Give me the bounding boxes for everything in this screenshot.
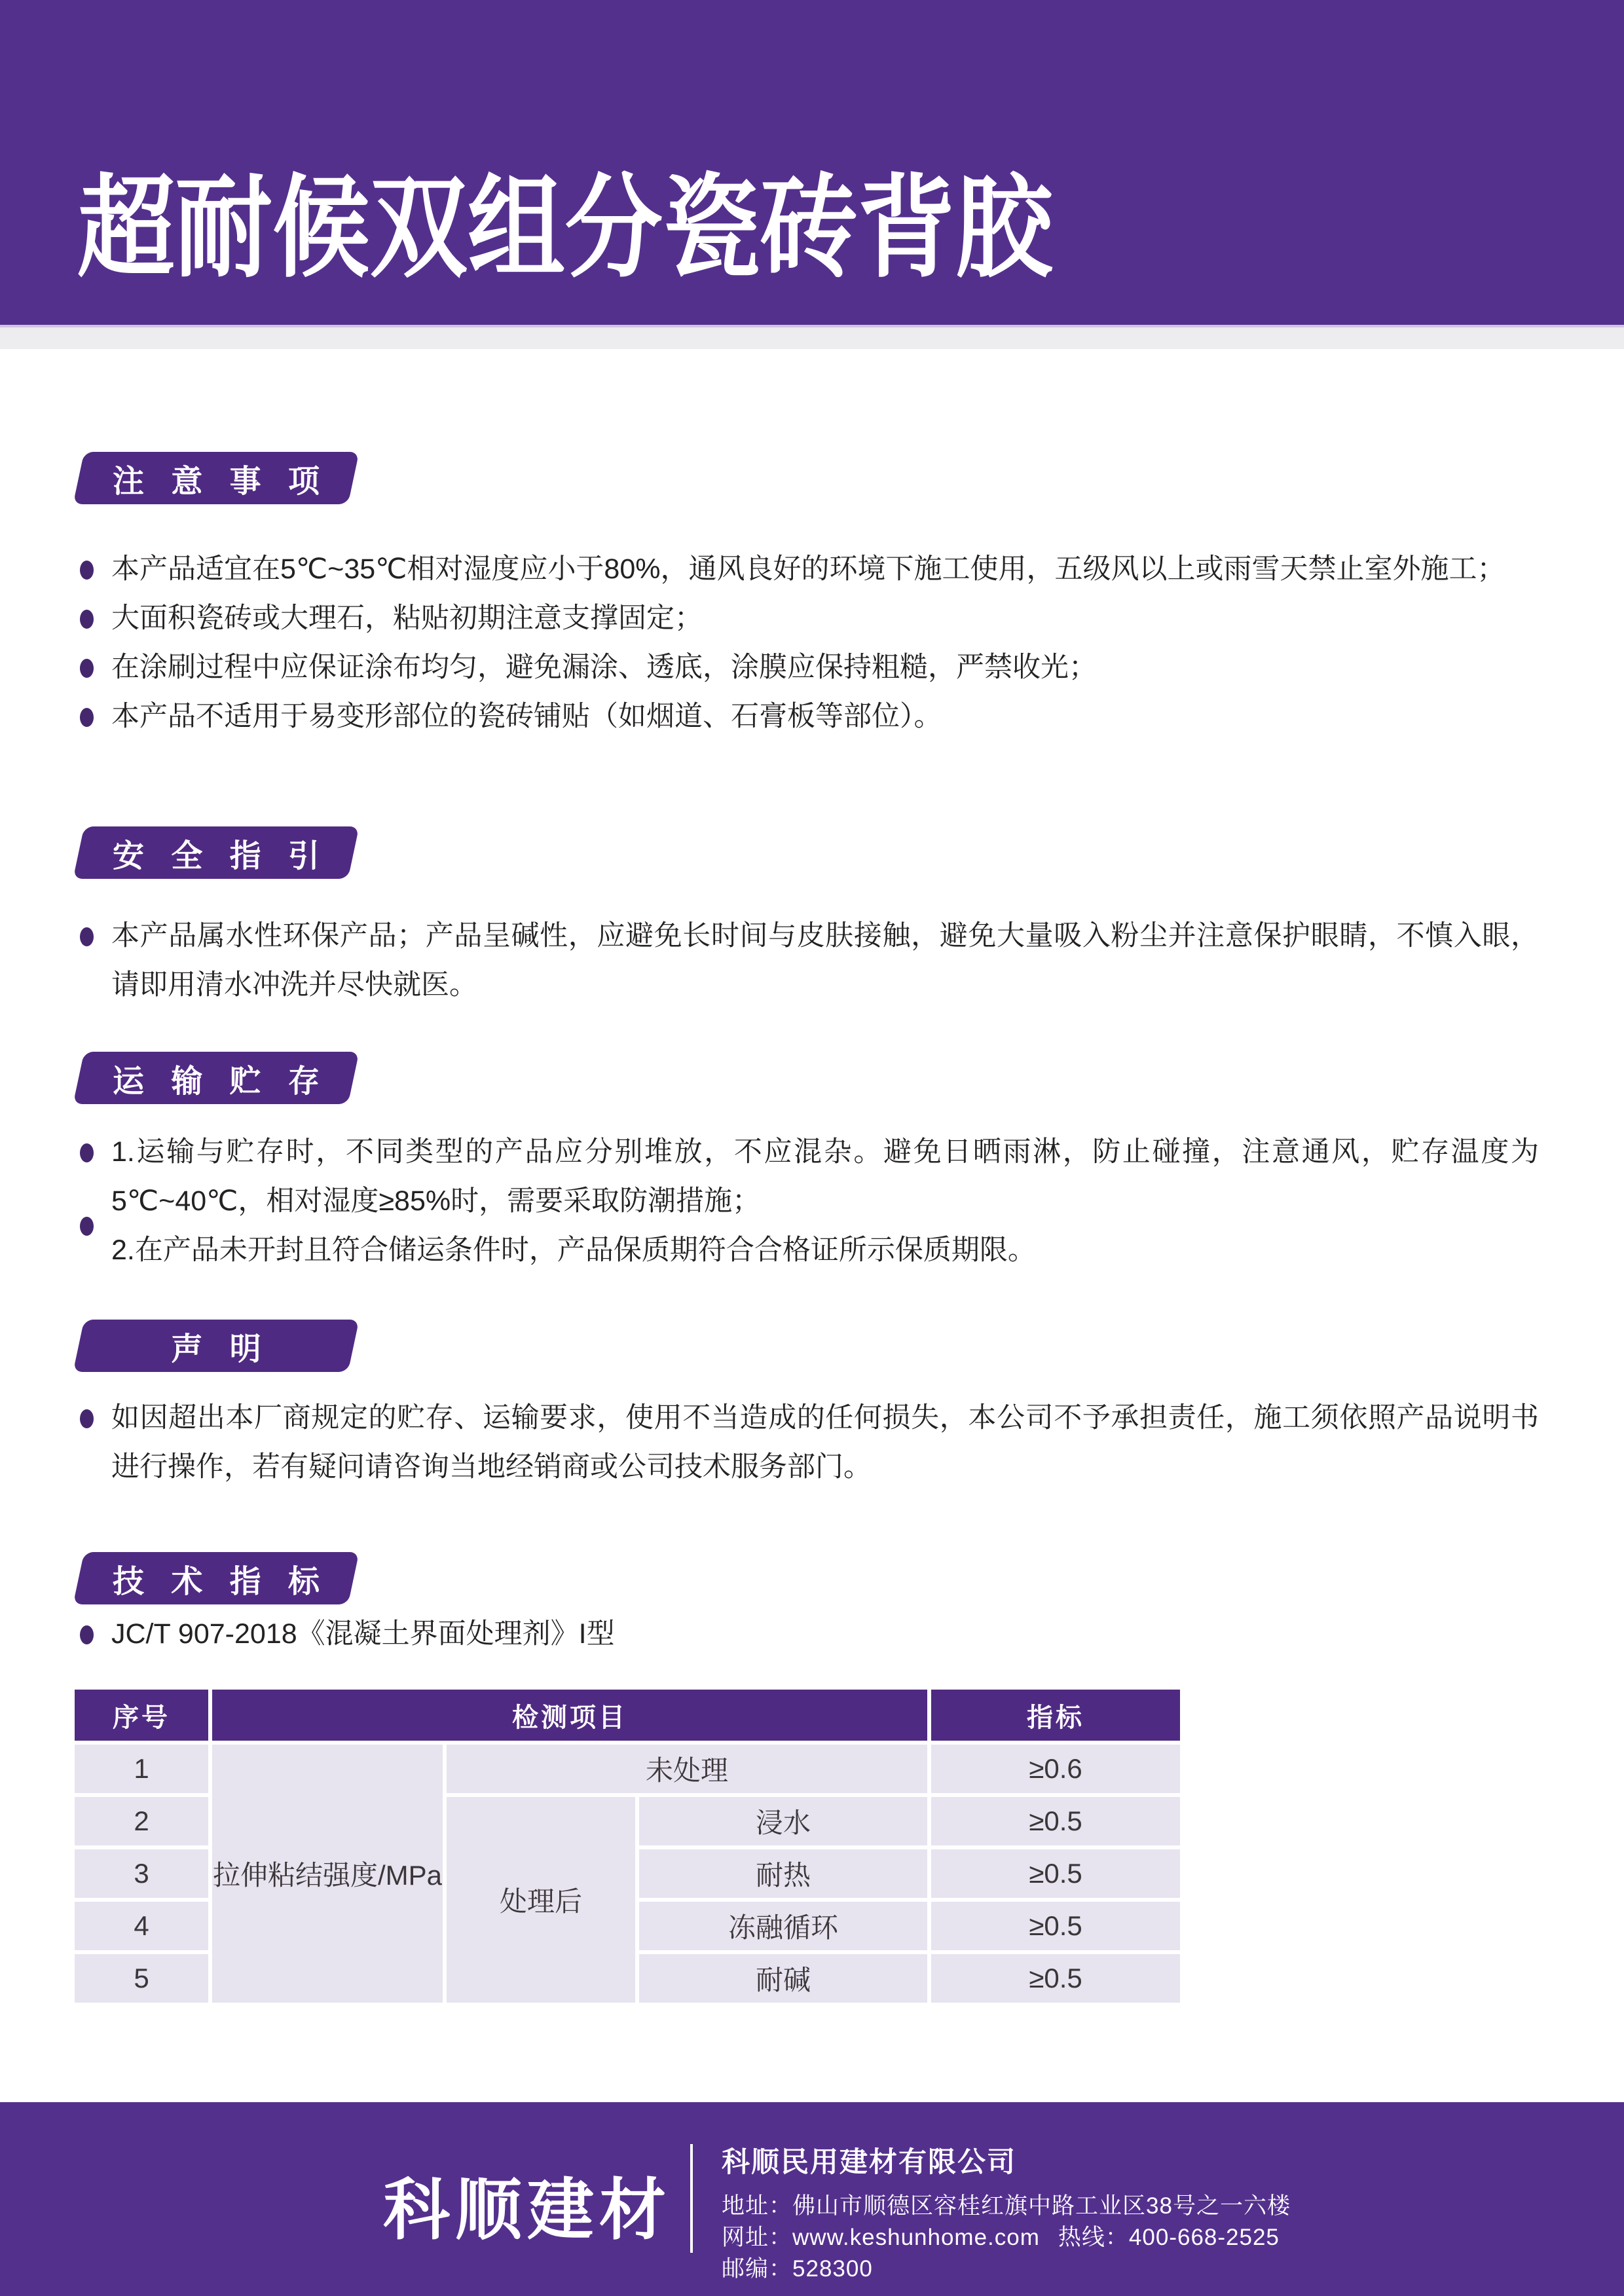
table-cell-item: 冻融循环 [639,1902,927,1950]
website-label: 网址： [722,2225,792,2250]
product-datasheet-page: 超耐候双组分瓷砖背胶 注 意 事 项 本产品适宜在5℃~35℃相对湿度应小于80… [0,0,1624,2296]
list-item: 本产品适宜在5℃~35℃相对湿度应小于80%，通风良好的环境下施工使用，五级风以… [79,545,1539,594]
table-cell-no: 1 [75,1745,208,1793]
address-value: 佛山市顺德区容桂红旗中路工业区38号之一六楼 [792,2193,1291,2219]
list-item-text: 本产品适宜在5℃~35℃相对湿度应小于80%，通风良好的环境下施工使用，五级风以… [111,553,1505,585]
header-gray-strip [0,327,1624,349]
bullet-dot-icon [80,561,94,580]
bullet-dot-icon [80,610,94,629]
header-band: 超耐候双组分瓷砖背胶 [0,0,1624,325]
list-item-text: 在涂刷过程中应保证涂布均匀，避免漏涂、透底，涂膜应保持粗糙，严禁收光； [111,652,1097,683]
statement-bullet-list: 如因超出本厂商规定的贮存、运输要求，使用不当造成的任何损失，本公司不予承担责任，… [79,1394,1539,1492]
bullet-dot-icon [80,659,94,678]
website-hotline-line: 网址：www.keshunhome.com热线：400-668-2525 [722,2222,1291,2253]
table-cell-no: 2 [75,1797,208,1845]
bullet-dot-icon [80,1143,94,1162]
section-banner-tech: 技 术 指 标 [79,1552,354,1604]
company-name: 科顺民用建材有限公司 [722,2140,1291,2180]
list-item-text: 2.在产品未开封且符合储运条件时，产品保质期符合合格证所示保质期限。 [111,1234,1036,1266]
table-cell-no: 3 [75,1849,208,1898]
table-cell-item: 耐碱 [639,1954,927,2003]
list-item: 本产品属水性环保产品；产品呈碱性，应避免长时间与皮肤接触，避免大量吸入粉尘并注意… [79,912,1539,1010]
section-banner-notice: 注 意 事 项 [79,452,354,504]
footer-divider [690,2144,693,2253]
table-cell-group-label: 拉伸粘结强度/MPa [212,1745,443,2003]
list-item: 大面积瓷砖或大理石，粘贴初期注意支撑固定； [79,594,1539,643]
table-cell-no: 4 [75,1902,208,1950]
list-item-text: 大面积瓷砖或大理石，粘贴初期注意支撑固定； [111,602,703,634]
section-title: 声 明 [79,1320,354,1372]
transport-bullet-list: 1.运输与贮存时，不同类型的产品应分别堆放，不应混杂。避免日晒雨淋，防止碰撞，注… [79,1128,1539,1275]
bullet-dot-icon [80,927,94,946]
list-item: 如因超出本厂商规定的贮存、运输要求，使用不当造成的任何损失，本公司不予承担责任，… [79,1394,1539,1492]
address-label: 地址： [722,2193,792,2219]
list-item-text: 如因超出本厂商规定的贮存、运输要求，使用不当造成的任何损失，本公司不予承担责任，… [111,1402,1539,1483]
table-cell-value: ≥0.5 [931,1954,1180,2003]
list-item-text: 本产品属水性环保产品；产品呈碱性，应避免长时间与皮肤接触，避免大量吸入粉尘并注意… [111,920,1539,1001]
footer-contact-block: 科顺民用建材有限公司 地址：佛山市顺德区容桂红旗中路工业区38号之一六楼 网址：… [722,2140,1291,2285]
zip-line: 邮编：528300 [722,2253,1291,2285]
technical-index-table: 序号 检测项目 指标 1 2 3 4 5 拉伸粘结强度/MPa 未处理 处理后 … [75,1690,1180,2003]
hotline-label: 热线： [1058,2225,1129,2250]
section-title: 技 术 指 标 [79,1552,354,1604]
safety-bullet-list: 本产品属水性环保产品；产品呈碱性，应避免长时间与皮肤接触，避免大量吸入粉尘并注意… [79,912,1539,1010]
footer-band: 科顺建材 科顺民用建材有限公司 地址：佛山市顺德区容桂红旗中路工业区38号之一六… [0,2102,1624,2296]
zip-label: 邮编： [722,2256,792,2282]
table-header-index: 指标 [931,1690,1180,1741]
list-item: 1.运输与贮存时，不同类型的产品应分别堆放，不应混杂。避免日晒雨淋，防止碰撞，注… [79,1128,1539,1226]
table-cell-item: 未处理 [447,1745,927,1793]
section-banner-statement: 声 明 [79,1320,354,1372]
table-cell-value: ≥0.6 [931,1745,1180,1793]
table-cell-value: ≥0.5 [931,1797,1180,1845]
list-item-text: 1.运输与贮存时，不同类型的产品应分别堆放，不应混杂。避免日晒雨淋，防止碰撞，注… [111,1136,1539,1217]
table-cell-treated-label: 处理后 [447,1797,635,2003]
bullet-dot-icon [80,1409,94,1428]
section-banner-safety: 安 全 指 引 [79,826,354,879]
table-cell-item: 耐热 [639,1849,927,1898]
list-item-text: 本产品不适用于易变形部位的瓷砖铺贴（如烟道、石膏板等部位）。 [111,701,942,732]
notice-bullet-list: 本产品适宜在5℃~35℃相对湿度应小于80%，通风良好的环境下施工使用，五级风以… [79,545,1539,741]
list-item: 本产品不适用于易变形部位的瓷砖铺贴（如烟道、石膏板等部位）。 [79,692,1539,741]
table-header-no: 序号 [75,1690,208,1741]
bullet-dot-icon [80,708,94,727]
page-title: 超耐候双组分瓷砖背胶 [77,139,1053,299]
list-item: 2.在产品未开封且符合储运条件时，产品保质期符合合格证所示保质期限。 [79,1226,1539,1275]
hotline-value: 400-668-2525 [1129,2225,1280,2250]
table-cell-no: 5 [75,1954,208,2003]
section-title: 运 输 贮 存 [79,1052,354,1104]
list-item-text: JC/T 907-2018《混凝土界面处理剂》I型 [111,1618,615,1650]
list-item: 在涂刷过程中应保证涂布均匀，避免漏涂、透底，涂膜应保持粗糙，严禁收光； [79,643,1539,692]
zip-value: 528300 [792,2256,873,2282]
website-value: www.keshunhome.com [792,2225,1040,2250]
bullet-dot-icon [80,1625,94,1644]
table-cell-item: 浸水 [639,1797,927,1845]
section-banner-transport: 运 输 贮 存 [79,1052,354,1104]
list-item: JC/T 907-2018《混凝土界面处理剂》I型 [79,1610,1539,1659]
table-cell-value: ≥0.5 [931,1849,1180,1898]
section-title: 安 全 指 引 [79,826,354,879]
tech-bullet-list: JC/T 907-2018《混凝土界面处理剂》I型 [79,1610,1539,1659]
address-line: 地址：佛山市顺德区容桂红旗中路工业区38号之一六楼 [722,2191,1291,2222]
section-title: 注 意 事 项 [79,452,354,504]
bullet-dot-icon [80,1217,94,1236]
table-header-item: 检测项目 [212,1690,927,1741]
brand-logo: 科顺建材 [383,2157,671,2253]
table-cell-value: ≥0.5 [931,1902,1180,1950]
